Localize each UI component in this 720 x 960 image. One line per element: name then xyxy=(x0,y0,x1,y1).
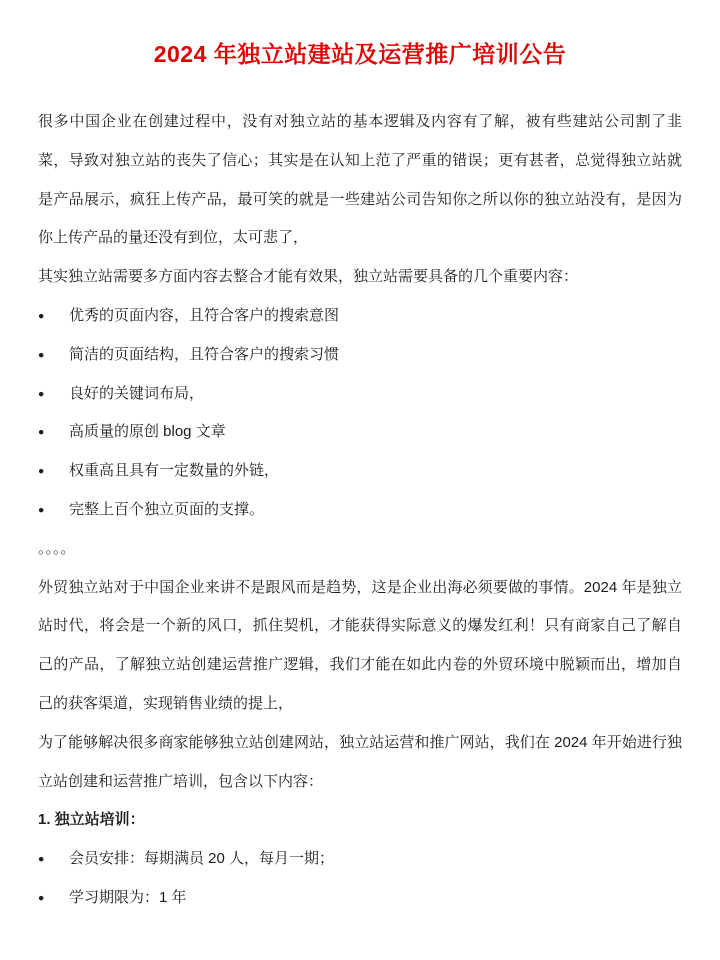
list-item: ● 简洁的页面结构，且符合客户的搜索习惯 xyxy=(38,336,682,375)
bullet-icon: ● xyxy=(38,413,69,452)
list-item: ● 权重高且具有一定数量的外链， xyxy=(38,452,682,491)
list-item-text: 学习期限为：1 年 xyxy=(69,879,682,918)
list-item: ● 高质量的原创 blog 文章 xyxy=(38,413,682,452)
paragraph-ellipsis: 。。。。 xyxy=(38,530,682,569)
list-item: ● 完整上百个独立页面的支撑。 xyxy=(38,491,682,530)
list-item: ● 会员安排：每期满员 20 人，每月一期； xyxy=(38,840,682,879)
list-item-text: 优秀的页面内容，且符合客户的搜索意图 xyxy=(69,297,682,336)
bullet-icon: ● xyxy=(38,491,69,530)
list-item-text: 简洁的页面结构，且符合客户的搜索习惯 xyxy=(69,336,682,375)
list-item-text: 会员安排：每期满员 20 人，每月一期； xyxy=(69,840,682,879)
bullet-icon: ● xyxy=(38,452,69,491)
training-bullet-list: ● 会员安排：每期满员 20 人，每月一期； ● 学习期限为：1 年 xyxy=(38,840,682,918)
bullet-icon: ● xyxy=(38,336,69,375)
bullet-icon: ● xyxy=(38,840,69,879)
paragraph-training-intro: 为了能够解决很多商家能够独立站创建网站，独立站运营和推广网站，我们在 2024 … xyxy=(38,724,682,802)
list-item-text: 高质量的原创 blog 文章 xyxy=(69,413,682,452)
bullet-icon: ● xyxy=(38,297,69,336)
requirements-bullet-list: ● 优秀的页面内容，且符合客户的搜索意图 ● 简洁的页面结构，且符合客户的搜索习… xyxy=(38,297,682,530)
bullet-icon: ● xyxy=(38,375,69,414)
list-item-text: 良好的关键词布局， xyxy=(69,375,682,414)
document-page: 2024 年独立站建站及运营推广培训公告 很多中国企业在创建过程中，没有对独立站… xyxy=(0,0,720,960)
list-item: ● 良好的关键词布局， xyxy=(38,375,682,414)
section-heading-training: 1. 独立站培训： xyxy=(38,801,682,840)
paragraph-intro: 很多中国企业在创建过程中，没有对独立站的基本逻辑及内容有了解，被有些建站公司割了… xyxy=(38,103,682,258)
page-title: 2024 年独立站建站及运营推广培训公告 xyxy=(38,38,682,70)
list-item: ● 优秀的页面内容，且符合客户的搜索意图 xyxy=(38,297,682,336)
list-item-text: 权重高且具有一定数量的外链， xyxy=(69,452,682,491)
paragraph-trend: 外贸独立站对于中国企业来讲不是跟风而是趋势，这是企业出海必须要做的事情。2024… xyxy=(38,569,682,724)
list-item: ● 学习期限为：1 年 xyxy=(38,879,682,918)
paragraph-requirements-lead: 其实独立站需要多方面内容去整合才能有效果，独立站需要具备的几个重要内容： xyxy=(38,258,682,297)
list-item-text: 完整上百个独立页面的支撑。 xyxy=(69,491,682,530)
bullet-icon: ● xyxy=(38,879,69,918)
